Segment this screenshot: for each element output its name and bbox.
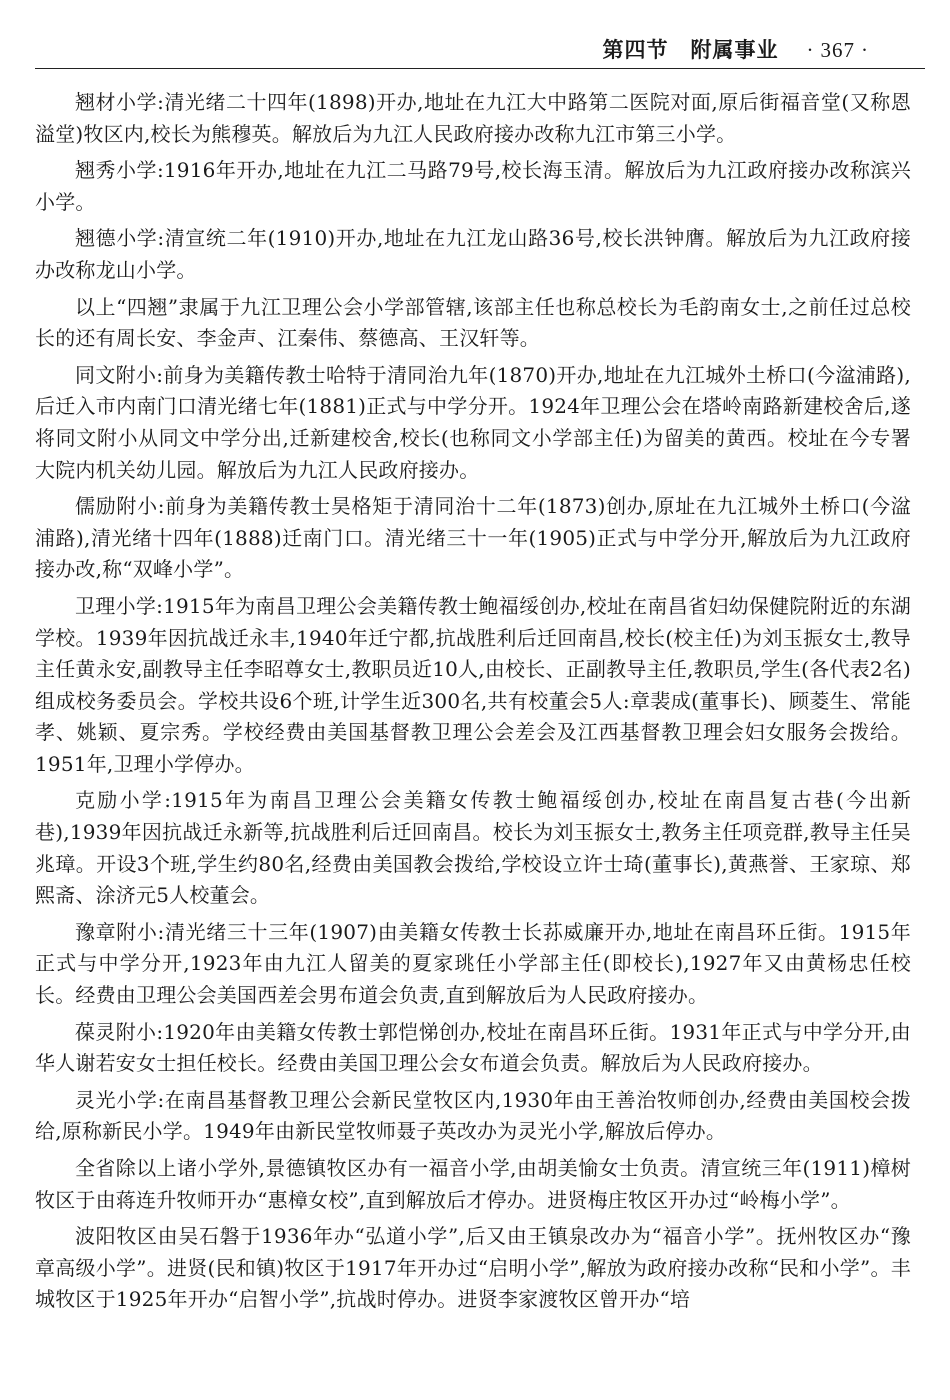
running-header: 第四节附属事业·367· — [35, 28, 925, 69]
header-title-block: 第四节附属事业·367· — [603, 34, 876, 64]
section-title: 附属事业 — [691, 37, 779, 62]
paragraph-ruli-primary: 儒励附小:前身为美籍传教士昊格矩于清同治十二年(1873)创办,原址在九江城外土… — [35, 491, 911, 586]
paragraph-weili-school: 卫理小学:1915年为南昌卫理公会美籍传教士鲍福绥创办,校址在南昌省妇幼保健院附… — [35, 591, 911, 781]
page-number-block: ·367· — [801, 38, 876, 62]
page-number: 367 — [821, 38, 856, 62]
paragraph-cuicai-school: 翘材小学:清光绪二十四年(1898)开办,地址在九江大中路第二医院对面,原后街福… — [35, 87, 911, 150]
paragraph-baoling-primary: 葆灵附小:1920年由美籍女传教士郭恺悌创办,校址在南昌环丘街。1931年正式与… — [35, 1017, 911, 1080]
paragraph-keli-school: 克励小学:1915年为南昌卫理公会美籍女传教士鲍福绥创办,校址在南昌复古巷(今出… — [35, 785, 911, 911]
paragraph-cuixiu-school: 翘秀小学:1916年开办,地址在九江二马路79号,校长海玉清。解放后为九江政府接… — [35, 155, 911, 218]
paragraph-boyang-district: 波阳牧区由吴石磐于1936年办“弘道小学”,后又由王镇泉改办为“福音小学”。抚州… — [35, 1221, 911, 1316]
paragraph-other-provincial-schools: 全省除以上诸小学外,景德镇牧区办有一福音小学,由胡美愉女士负责。清宣统三年(19… — [35, 1153, 911, 1216]
paragraph-four-cui-summary: 以上“四翘”隶属于九江卫理公会小学部管辖,该部主任也称总校长为毛韵南女士,之前任… — [35, 292, 911, 355]
paragraph-tongwen-primary: 同文附小:前身为美籍传教士哈特于清同治九年(1870)开办,地址在九江城外土桥口… — [35, 360, 911, 486]
section-number: 第四节 — [603, 37, 669, 62]
paragraph-cuide-school: 翘德小学:清宣统二年(1910)开办,地址在九江龙山路36号,校长洪钟膺。解放后… — [35, 223, 911, 286]
paragraph-lingguang-school: 灵光小学:在南昌基督教卫理公会新民堂牧区内,1930年由王善治牧师创办,经费由美… — [35, 1085, 911, 1148]
paragraph-yuzhang-primary: 豫章附小:清光绪三十三年(1907)由美籍女传教士长荪威廉开办,地址在南昌环丘街… — [35, 917, 911, 1012]
body-text: 翘材小学:清光绪二十四年(1898)开办,地址在九江大中路第二医院对面,原后街福… — [35, 87, 911, 1321]
page-number-dot-left: · — [807, 38, 815, 62]
page-number-dot-right: · — [861, 38, 869, 62]
